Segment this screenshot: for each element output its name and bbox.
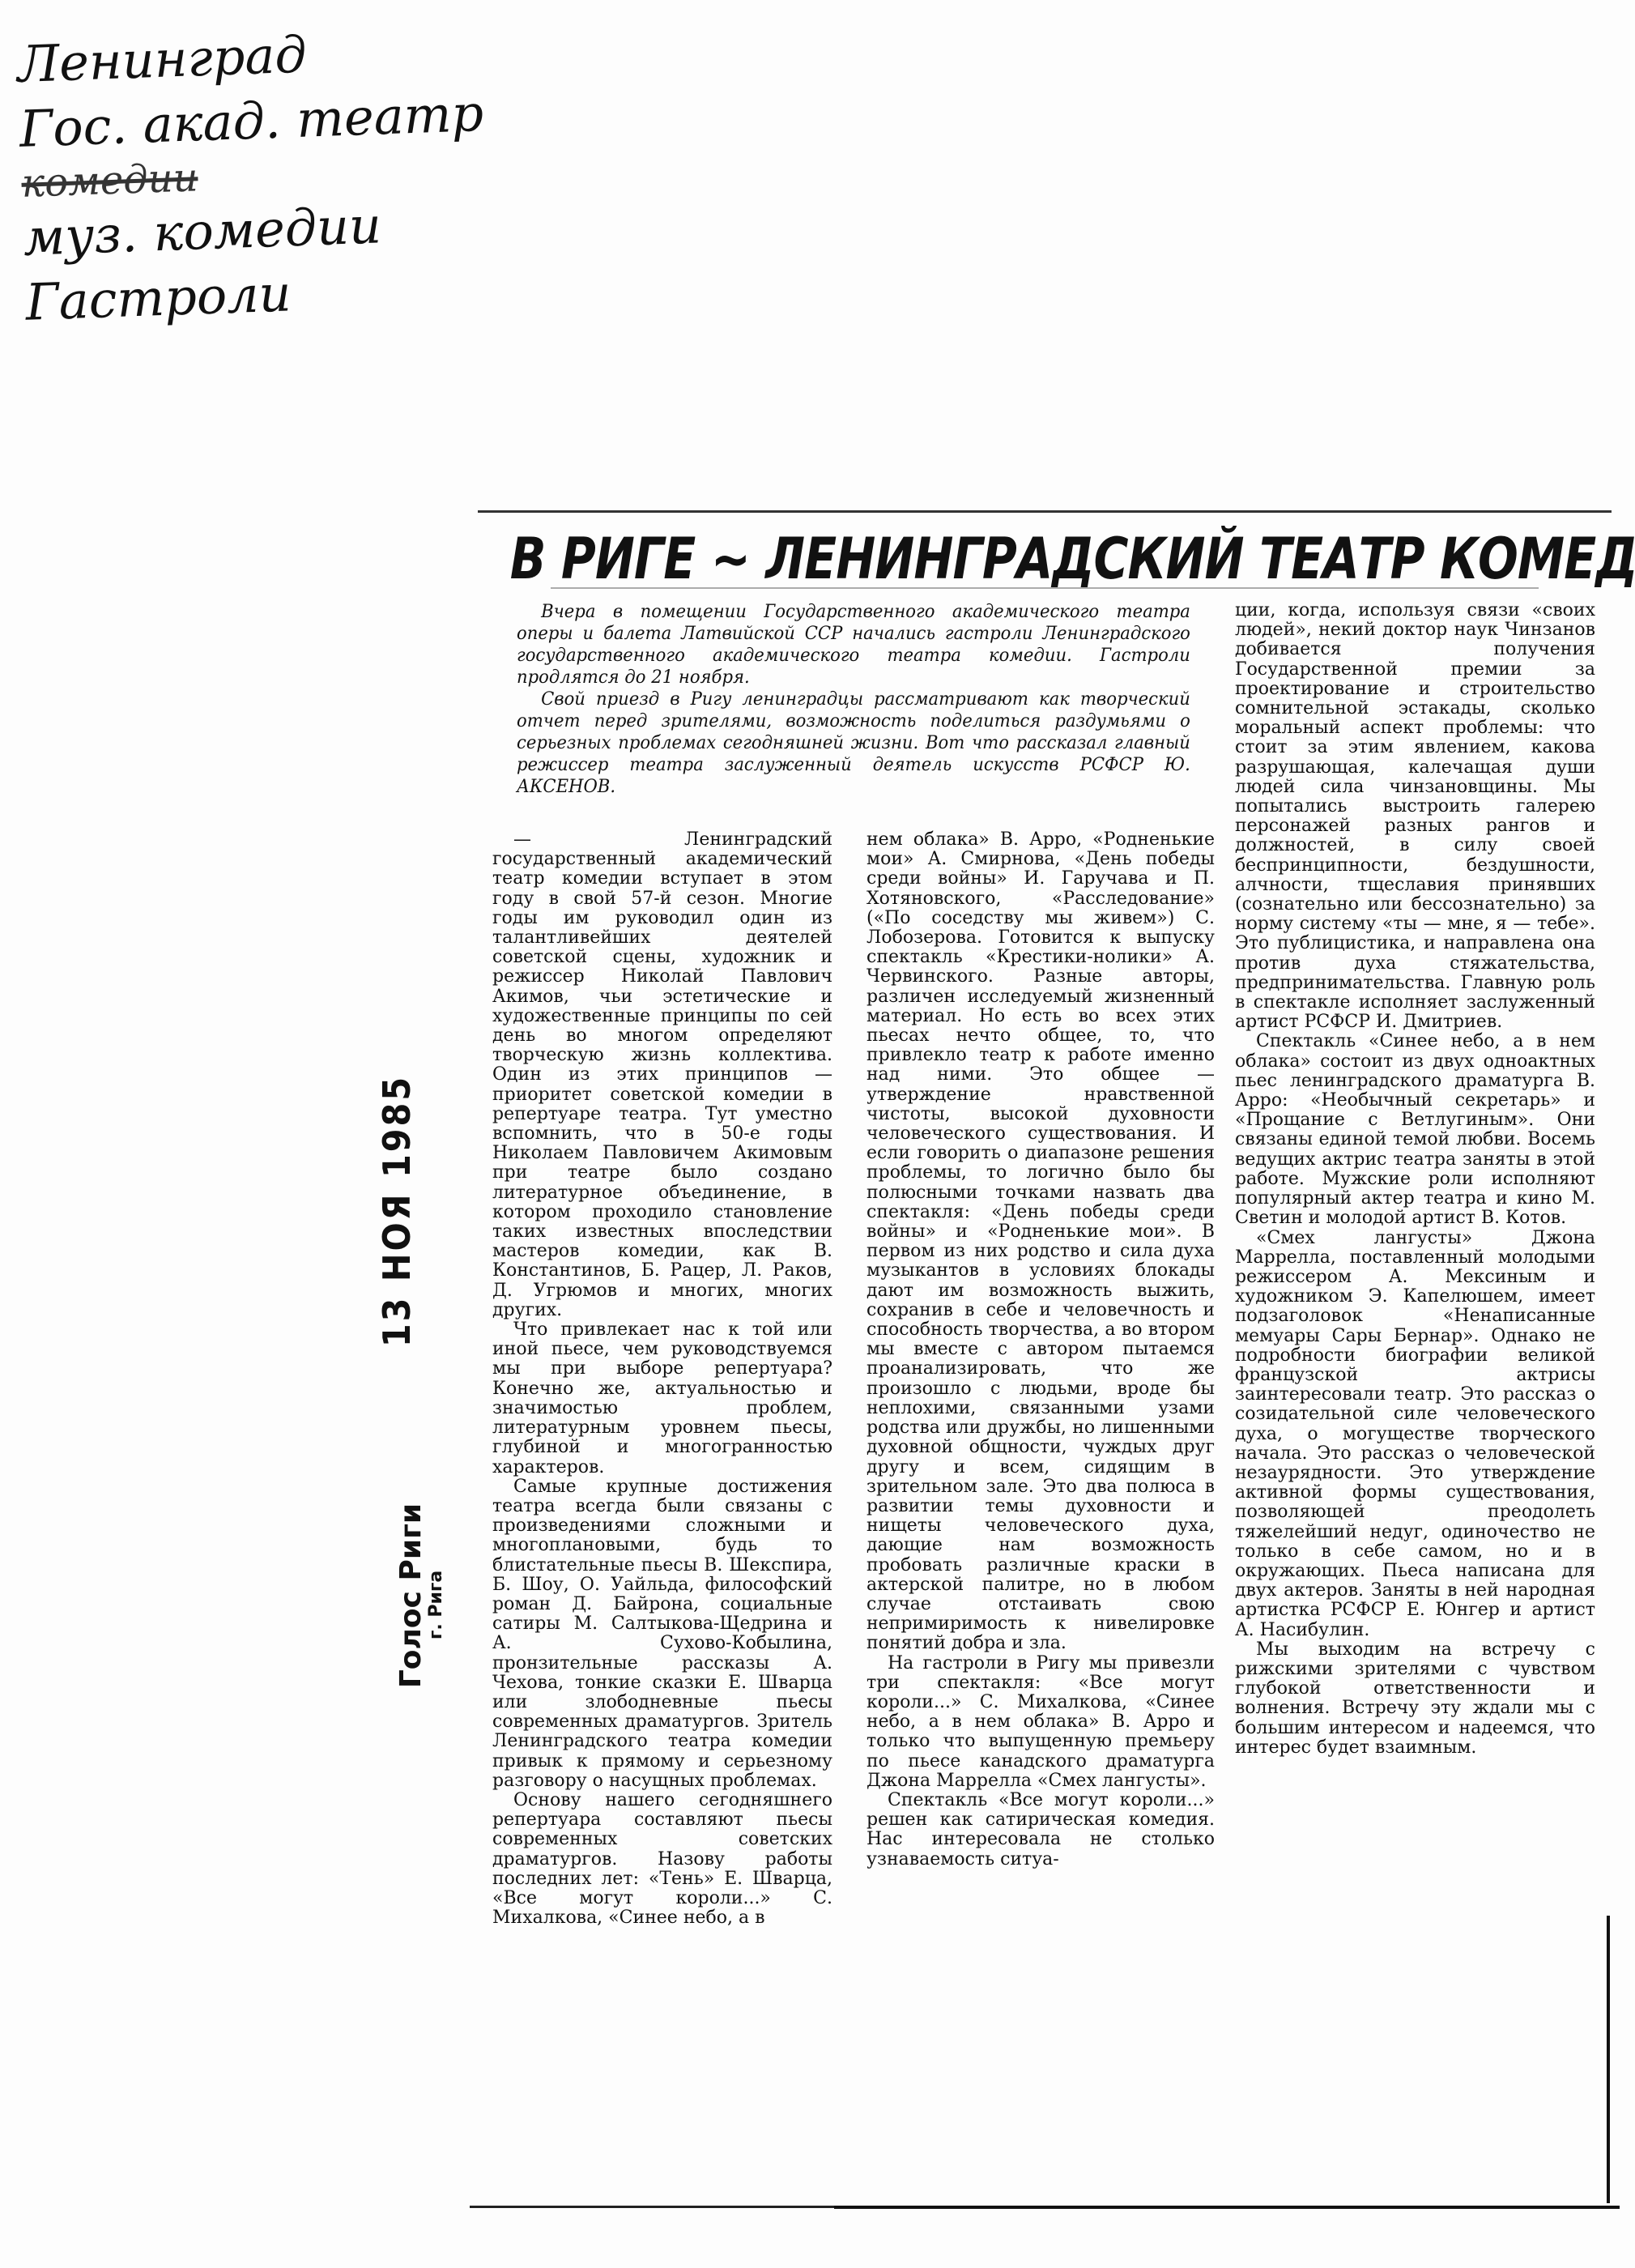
bottom-rule-left [470,2206,842,2208]
body-paragraph: Спектакль «Синее небо, а в нем облака» с… [1235,1032,1595,1228]
body-paragraph: На гастроли в Ригу мы привезли три спект… [866,1654,1215,1791]
article-lead: Вчера в помещении Государственного акаде… [517,601,1190,798]
body-paragraph: Мы выходим на встречу с рижскими зрителя… [1235,1640,1595,1758]
lead-paragraph: Вчера в помещении Государственного акаде… [517,601,1190,688]
article-column-3: ции, когда, используя связи «своих людей… [1235,601,1595,1758]
article-headline: В РИГЕ ~ ЛЕНИНГРАДСКИЙ ТЕАТР КОМЕДИИ [510,526,1580,591]
body-paragraph: ции, когда, используя связи «своих людей… [1235,601,1595,1032]
lead-paragraph: Свой приезд в Ригу ленинградцы рассматри… [517,688,1190,798]
date-stamp-text: 13 НОЯ 1985 [375,1075,419,1347]
article-column-1: — Ленинградский государственный академич… [492,830,832,1928]
body-paragraph: Что привлекает нас к той или иной пьесе,… [492,1320,832,1477]
body-paragraph: нем облака» В. Арро, «Родненькие мои» А.… [866,830,1215,1654]
body-paragraph: Самые крупные достижения театра всегда б… [492,1477,832,1791]
body-paragraph: «Смех лангусты» Джона Маррелла, поставле… [1235,1229,1595,1640]
body-paragraph: Спектакль «Все могут короли...» решен ка… [866,1791,1215,1869]
bottom-rule [834,2206,1620,2209]
headline-underline [551,587,1539,589]
top-rule [478,510,1612,513]
body-paragraph: — Ленинградский государственный академич… [492,830,832,1320]
newspaper-article: В РИГЕ ~ ЛЕНИНГРАДСКИЙ ТЕАТР КОМЕДИИ Вче… [470,502,1620,2211]
newspaper-stamp: Голос Риги г. Рига [381,1482,462,1709]
newspaper-city: г. Рига [427,1503,446,1688]
date-stamp: 13 НОЯ 1985 [356,1077,437,1345]
handwritten-note: Ленинград Гос. акад. театр комедии муз. … [16,19,432,335]
note-line-tour: Гастроли [24,256,431,335]
right-border-rule [1607,1916,1610,2203]
body-paragraph: Основу нашего сегодняшнего репертуара со… [492,1791,832,1928]
newspaper-name: Голос Риги [396,1503,427,1688]
article-column-2: нем облака» В. Арро, «Родненькие мои» А.… [866,830,1215,1869]
